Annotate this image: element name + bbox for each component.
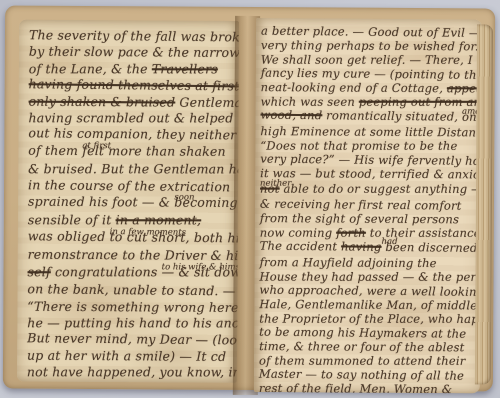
handwriting-text: romantically situated,: [322, 109, 462, 124]
handwriting-text: high Eminence at some little Distance —: [260, 124, 482, 139]
handwriting-text: of them: [28, 142, 82, 157]
handwriting-text: up at her with a smile) — It cd: [27, 347, 226, 363]
manuscript-line: & bruised. But the Gentleman had: [28, 161, 236, 178]
manuscript-line: having scrambled out & helped: [28, 110, 236, 127]
handwriting-text: to be among his Haymakers at the: [259, 325, 466, 341]
handwriting-text: Hale, Gentlemanlike Man, of middle age,: [259, 297, 482, 313]
manuscript-line: “There is something wrong here, said: [27, 298, 235, 316]
handwriting-text: But never mind, my Dear — (looking: [27, 331, 239, 348]
handwriting-text: neat-looking end of a Cottage,: [261, 80, 447, 95]
handwriting-text: out his companion, they neither: [28, 126, 236, 143]
manuscript-line: from the sight of several persons: [260, 211, 481, 226]
manuscript-line: Hale, Gentlemanlike Man, of middle age,: [259, 297, 480, 312]
manuscript-line: by their slow pace & the narrowness: [29, 44, 237, 62]
manuscript-line: of them summoned to attend their: [259, 354, 480, 368]
handwriting-text: was obliged: [28, 228, 110, 244]
handwriting-text: very thing perhaps to be wished for.: [261, 38, 479, 53]
handwriting-text: rest of the field, Men, Women &: [259, 381, 452, 393]
handwriting-text: the Proprietor of the Place, who happene…: [259, 312, 482, 326]
handwriting-text: “There is something wrong here, said: [27, 298, 239, 315]
manuscript-line: high Eminence at some little Distance —: [260, 124, 481, 139]
page-stack-edge: [475, 24, 493, 384]
handwriting-text: it was — but stood, terrified & anxious,: [260, 167, 482, 182]
handwriting-text: fancy lies my cure — (pointing to the: [261, 66, 482, 82]
handwriting-text: who approached, were a well looking: [259, 282, 482, 298]
struck-through-text: having found themselves at first: [29, 76, 239, 93]
struck-through-text: having: [341, 239, 382, 253]
manuscript-line: & receiving her first real comfort: [260, 196, 481, 212]
manuscript-line: self congratulations to his wife & himse…: [28, 264, 236, 283]
handwriting-text: in the course of the extrication: [28, 177, 230, 194]
manuscript-line: having found themselves at first: [29, 76, 237, 95]
handwriting-text: & receiving her first real comfort: [260, 196, 462, 212]
handwritten-text-left: The severity of the fall was brokenby th…: [27, 28, 237, 382]
handwriting-text: of them summoned to attend their: [259, 354, 465, 368]
manuscript-line: wood, and romantically situated, among w…: [260, 108, 481, 126]
manuscript-line: it was — but stood, terrified & anxious,: [260, 167, 481, 182]
handwriting-text: by their slow pace & the narrowness: [29, 44, 239, 60]
manuscript-line: in the course of the extrication: [28, 177, 236, 196]
manuscript-page-left: The severity of the fall was brokenby th…: [17, 20, 239, 383]
notebook-cover: The severity of the fall was brokenby th…: [3, 6, 495, 392]
handwriting-text: from the sight of several persons: [260, 211, 459, 226]
manuscript-line: very place?” — His wife fervently hoped: [260, 152, 481, 168]
manuscript-line: the Proprietor of the Place, who happene…: [259, 312, 480, 326]
manuscript-line: fancy lies my cure — (pointing to the: [261, 66, 482, 82]
manuscript-line: who approached, were a well looking: [259, 282, 480, 298]
handwriting-text: of the Lane, & the: [29, 61, 152, 76]
handwriting-text: able to do or suggest anything —: [280, 181, 482, 195]
struck-through-text: forth: [336, 225, 366, 239]
struck-through-text: in a moment,: [116, 213, 202, 228]
manuscript-line: on the bank, unable to stand. —: [27, 281, 235, 300]
manuscript-line: The severity of the fall was broken: [29, 27, 237, 46]
handwriting-text: having scrambled out & helped: [28, 110, 233, 125]
manuscript-line: out his companion, they neither: [28, 126, 236, 145]
handwriting-text: congratulations: [51, 264, 162, 279]
handwriting-text: remonstrance to the Driver & his: [28, 247, 239, 263]
handwriting-text: Gentleman: [175, 94, 239, 109]
handwriting-text: on the bank, unable to stand. —: [27, 281, 235, 298]
handwriting-text: he — putting his hand to his ancle —: [27, 315, 239, 330]
manuscript-line: The accident havinghad been discerned: [260, 238, 481, 256]
manuscript-line: Master — to say nothing of all the: [259, 367, 480, 383]
handwriting-text: The accident: [260, 238, 342, 253]
paper-texture-right: a better place. — Good out of Evil —. Th…: [254, 18, 482, 393]
struck-through-text: self: [28, 264, 51, 279]
handwriting-text: time, & three or four of the ablest: [259, 339, 464, 354]
manuscript-line: rest of the field, Men, Women &: [259, 381, 480, 393]
manuscript-photo: The severity of the fall was brokenby th…: [0, 0, 500, 398]
struck-through-text: wood, and: [260, 108, 322, 123]
manuscript-page-right: a better place. — Good out of Evil —. Th…: [254, 18, 482, 393]
handwriting-text: Master — to say nothing of all the: [259, 367, 464, 383]
handwriting-text: not have happened, you know, in: [27, 364, 239, 379]
manuscript-line: neat-looking end of a Cottage, appearing: [261, 80, 482, 95]
manuscript-line: We shall soon get relief. — There, I: [261, 53, 482, 67]
manuscript-line: neithernot able to do or suggest anythin…: [260, 181, 481, 197]
manuscript-line: very thing perhaps to be wished for.: [261, 38, 482, 53]
manuscript-line: he — putting his hand to his ancle —: [27, 315, 235, 332]
manuscript-line: a better place. — Good out of Evil —. Th…: [261, 24, 482, 40]
handwriting-text: from a Hayfield adjoining the: [260, 255, 437, 270]
handwriting-text: sprained his foot — &: [28, 194, 174, 210]
handwriting-text: a better place. — Good out of Evil —. Th…: [261, 24, 482, 41]
handwritten-text-right: a better place. — Good out of Evil —. Th…: [259, 24, 482, 393]
handwriting-text: sensible of it: [28, 213, 116, 228]
manuscript-line: sprained his foot — & soonbecoming: [28, 194, 236, 214]
manuscript-line: not have happened, you know, in: [27, 364, 235, 381]
struck-through-text: only shaken & bruised: [29, 93, 176, 109]
handwriting-text: & bruised. But the Gentleman had: [28, 161, 239, 176]
manuscript-line: But never mind, my Dear — (looking: [27, 331, 235, 350]
handwriting-text: House they had passed — & the persons: [260, 269, 483, 283]
manuscript-line: time, & three or four of the ablest: [259, 339, 480, 354]
manuscript-line: of them at firstfelt more than shaken: [28, 142, 236, 162]
manuscript-line: from a Hayfield adjoining the: [260, 255, 481, 270]
handwriting-text: now coming: [260, 225, 336, 239]
handwriting-text: The severity of the fall was broken: [29, 27, 239, 44]
struck-through-text: Travellers: [152, 61, 218, 76]
manuscript-line: was obliged in a few momentsto cut short…: [28, 228, 236, 249]
manuscript-line: only shaken & bruised Gentleman: [29, 93, 237, 111]
manuscript-line: House they had passed — & the persons: [260, 269, 481, 283]
manuscript-line: now coming forth to their assistance.: [260, 225, 481, 239]
paper-texture-left: The severity of the fall was brokenby th…: [17, 20, 239, 383]
manuscript-line: to be among his Haymakers at the: [259, 325, 480, 341]
manuscript-line: up at her with a smile) — It cd: [27, 347, 235, 365]
manuscript-line: of the Lane, & the Travellers: [29, 61, 237, 78]
handwriting-text: We shall soon get relief. — There, I: [261, 53, 473, 67]
